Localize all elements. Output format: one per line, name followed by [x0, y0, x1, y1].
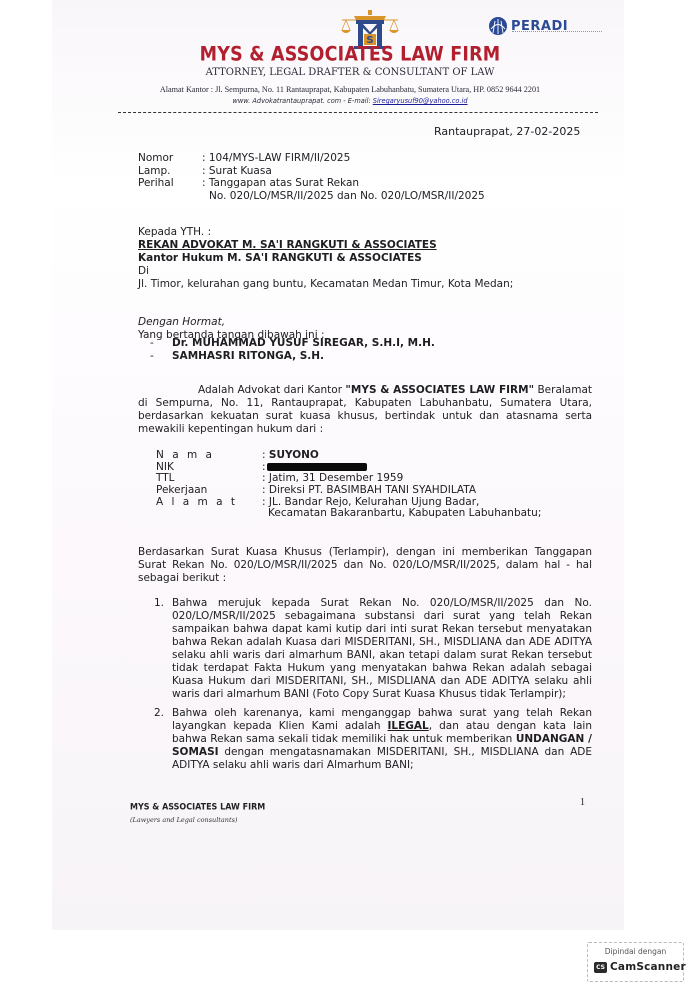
client-value: : Direksi PT. BASIMBAH TANI SYAHDILATA: [262, 484, 476, 496]
letterhead: S PERADI MYS & ASSOCIATES LAW FIRM ATTOR…: [0, 0, 700, 120]
meta-row-perihal: Perihal : Tanggapan atas Surat Rekan: [138, 177, 485, 190]
client-name: SUYONO: [269, 449, 319, 461]
addressee-name: REKAN ADVOKAT M. SA'I RANGKUTI & ASSOCIA…: [138, 239, 513, 252]
addressee-block: Kepada YTH. : REKAN ADVOKAT M. SA'I RANG…: [138, 226, 513, 291]
intro-paragraph: Adalah Advokat dari Kantor "MYS & ASSOCI…: [138, 384, 592, 436]
meta-value: : Tanggapan atas Surat Rekan: [202, 177, 359, 190]
addressee-salutation: Kepada YTH. :: [138, 226, 513, 239]
client-row-job: Pekerjaan : Direksi PT. BASIMBAH TANI SY…: [156, 484, 541, 496]
point-text: Bahwa oleh karenanya, kami menganggap ba…: [172, 707, 592, 772]
client-row-ttl: TTL : Jatim, 31 Desember 1959: [156, 472, 541, 484]
client-row-name: N a m a : SUYONO: [156, 449, 541, 461]
letter-meta: Nomor : 104/MYS-LAW FIRM/II/2025 Lamp. :…: [138, 152, 485, 203]
client-label: N a m a: [156, 449, 262, 461]
numbered-point: 2. Bahwa oleh karenanya, kami menganggap…: [154, 707, 592, 772]
emphasis-ilegal: ILEGAL: [388, 720, 429, 732]
client-label: TTL: [156, 472, 262, 484]
client-label: Pekerjaan: [156, 484, 262, 496]
firm-name: MYS & ASSOCIATES LAW FIRM: [0, 44, 700, 66]
meta-row-nomor: Nomor : 104/MYS-LAW FIRM/II/2025: [138, 152, 485, 165]
meta-row-lamp: Lamp. : Surat Kuasa: [138, 165, 485, 178]
footer-firm-name: MYS & ASSOCIATES LAW FIRM: [130, 801, 265, 811]
page-number: 1: [580, 797, 585, 808]
signer-item: - SAMHASRI RITONGA, S.H.: [150, 350, 435, 363]
addressee-di: Di: [138, 265, 513, 278]
letterhead-divider: [118, 112, 598, 113]
camscanner-logo-icon: CS: [594, 962, 607, 973]
website-text: www. Advokatrantauprapat. com - E-mail:: [232, 97, 372, 105]
point-text: Bahwa merujuk kepada Surat Rekan No. 020…: [172, 597, 592, 701]
peradi-subtitle-line: [512, 31, 602, 36]
meta-value: : Surat Kuasa: [202, 165, 272, 178]
intro-firm-quote: "MYS & ASSOCIATES LAW FIRM": [345, 384, 534, 396]
signer-name: SAMHASRI RITONGA, S.H.: [172, 350, 324, 363]
meta-label: Lamp.: [138, 165, 202, 178]
camscanner-watermark: Dipindai dengan CS CamScanner: [587, 942, 684, 982]
signer-item: - Dr. MUHAMMAD YUSUF SIREGAR, S.H.I, M.H…: [150, 337, 435, 350]
bullet-dash: -: [150, 337, 172, 350]
place-date: Rantauprapat, 27-02-2025: [434, 125, 580, 138]
redaction-bar: [267, 463, 367, 471]
meta-perihal-continuation: No. 020/LO/MSR/II/2025 dan No. 020/LO/MS…: [138, 190, 485, 203]
intro-text: Adalah Advokat dari Kantor: [198, 384, 345, 396]
client-value: :: [262, 461, 367, 473]
client-value: : JL. Bandar Rejo, Kelurahan Ujung Badar…: [262, 496, 479, 508]
addressee-address: Jl. Timor, kelurahan gang buntu, Kecamat…: [138, 278, 513, 291]
meta-label: Perihal: [138, 177, 202, 190]
firm-contact: www. Advokatrantauprapat. com - E-mail: …: [0, 97, 700, 105]
client-row-nik: NIK :: [156, 461, 541, 473]
greeting: Dengan Hormat,: [138, 316, 225, 328]
client-label: NIK: [156, 461, 262, 473]
point-number: 1.: [154, 597, 172, 701]
meta-label: Nomor: [138, 152, 202, 165]
client-value: : SUYONO: [262, 449, 319, 461]
client-details: N a m a : SUYONO NIK : TTL : Jatim, 31 D…: [156, 449, 541, 520]
client-row-address: A l a m a t : JL. Bandar Rejo, Kelurahan…: [156, 496, 541, 508]
meta-value: : 104/MYS-LAW FIRM/II/2025: [202, 152, 350, 165]
numbered-point: 1. Bahwa merujuk kepada Surat Rekan No. …: [154, 597, 592, 701]
addressee-office: Kantor Hukum M. SA'I RANGKUTI & ASSOCIAT…: [138, 252, 513, 265]
footer-subtitle: (Lawyers and Legal consultants): [130, 816, 237, 824]
client-address-continuation: Kecamatan Bakaranbartu, Kabupaten Labuha…: [156, 507, 541, 520]
point-text-part: dengan mengatasnamakan MISDERITANI, SH.,…: [172, 746, 592, 771]
peradi-logo: PERADI: [488, 16, 568, 36]
firm-address: Alamat Kantor : Jl. Sempurna, No. 11 Ran…: [0, 85, 700, 94]
basis-paragraph: Berdasarkan Surat Kuasa Khusus (Terlampi…: [138, 546, 592, 585]
client-label: A l a m a t: [156, 496, 262, 508]
client-value: : Jatim, 31 Desember 1959: [262, 472, 403, 484]
point-number: 2.: [154, 707, 172, 772]
signer-name: Dr. MUHAMMAD YUSUF SIREGAR, S.H.I, M.H.: [172, 337, 435, 350]
signers-list: - Dr. MUHAMMAD YUSUF SIREGAR, S.H.I, M.H…: [150, 337, 435, 363]
scanned-with-label: Dipindai dengan: [588, 947, 683, 956]
email-link[interactable]: Siregaryusuf90@yahoo.co.id: [373, 97, 468, 105]
bullet-dash: -: [150, 350, 172, 363]
peradi-globe-icon: [488, 16, 508, 36]
camscanner-brand: CamScanner: [610, 961, 686, 973]
firm-tagline: ATTORNEY, LEGAL DRAFTER & CONSULTANT OF …: [0, 67, 700, 78]
